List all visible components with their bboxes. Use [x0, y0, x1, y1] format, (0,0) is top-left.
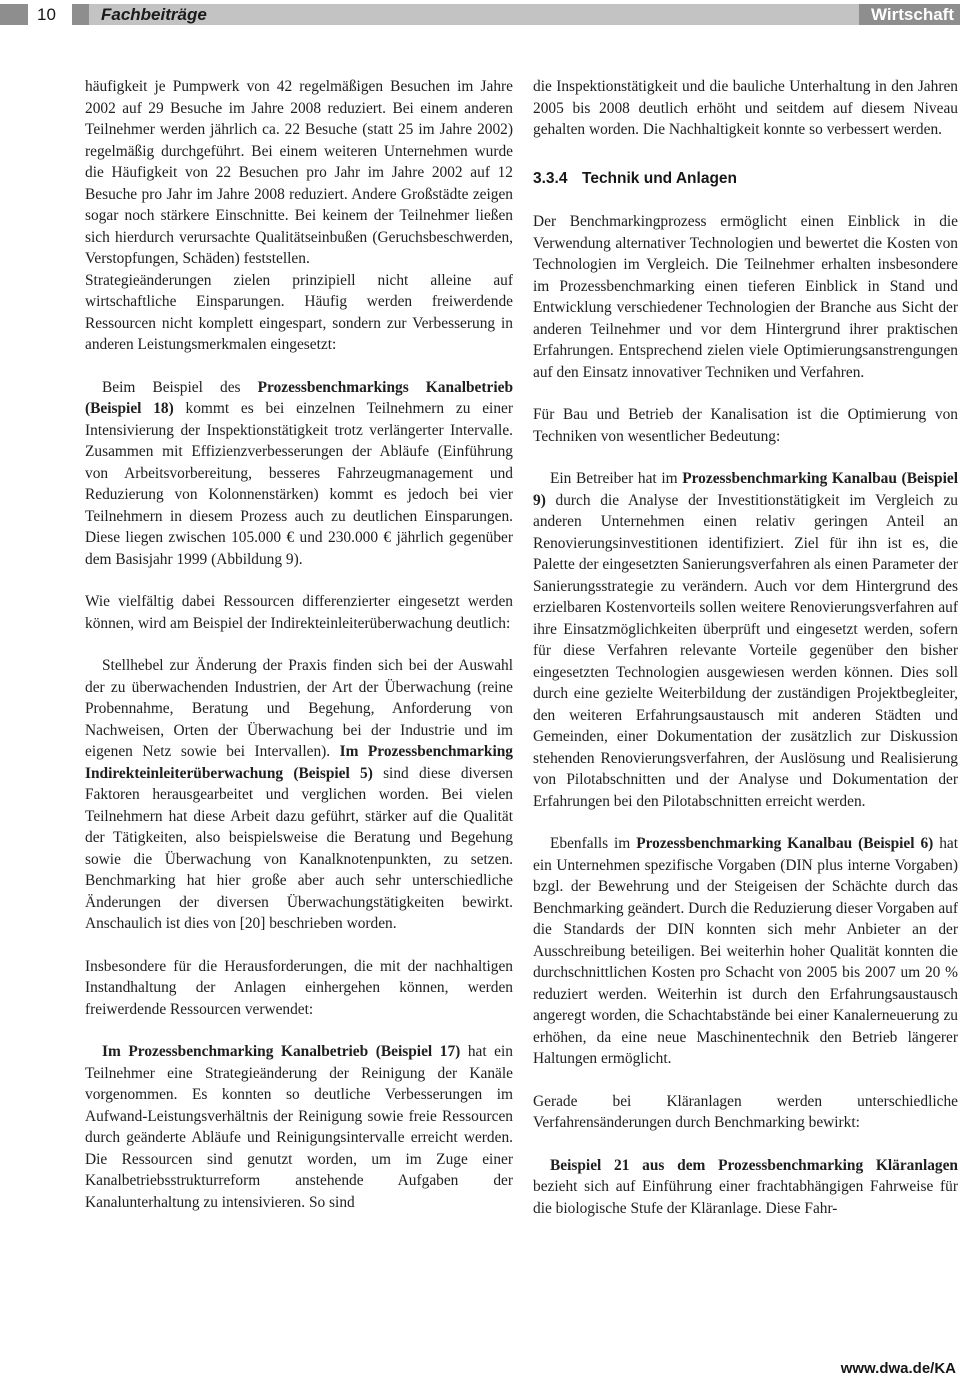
- journal-page: { "colors": { "dark-gray": "#8e8e8e", "l…: [0, 0, 960, 1386]
- paragraph: Beispiel 21 aus dem Prozessbenchmarking …: [533, 1155, 958, 1220]
- section-heading: 3.3.4Technik und Anlagen: [533, 168, 958, 190]
- page-number: 10: [37, 4, 56, 25]
- paragraph: Insbesondere für die Herausforderungen, …: [85, 956, 513, 1021]
- paragraph: häufigkeit je Pumpwerk von 42 regelmäßig…: [85, 76, 513, 270]
- paragraph: Ein Betreiber hat im Prozessbenchmarking…: [533, 468, 958, 812]
- footer-url: www.dwa.de/KA: [841, 1360, 956, 1377]
- article-column-left: häufigkeit je Pumpwerk von 42 regelmäßig…: [85, 76, 513, 1213]
- section-title: Technik und Anlagen: [582, 170, 737, 187]
- header-bar: Fachbeiträge Wirtschaft: [72, 4, 960, 25]
- article-column-right: die Inspektionstätigkeit und die baulich…: [533, 76, 958, 1219]
- header-category-label: Wirtschaft: [859, 4, 960, 25]
- paragraph: Beim Beispiel des Prozessbenchmarkings K…: [85, 377, 513, 571]
- paragraph: Der Benchmarkingprozess ermöglicht einen…: [533, 211, 958, 383]
- paragraph: Im Prozessbenchmarking Kanalbetrieb (Bei…: [85, 1041, 513, 1213]
- paragraph: Strategieänderungen zielen prinzipiell n…: [85, 270, 513, 356]
- paragraph: Gerade bei Kläranlagen werden unterschie…: [533, 1091, 958, 1134]
- section-number: 3.3.4: [533, 168, 582, 190]
- paragraph: Für Bau und Betrieb der Kanalisation ist…: [533, 404, 958, 447]
- paragraph: Wie vielfältig dabei Ressourcen differen…: [85, 591, 513, 634]
- paragraph: die Inspektionstätigkeit und die baulich…: [533, 76, 958, 141]
- paragraph: Stellhebel zur Änderung der Praxis finde…: [85, 655, 513, 935]
- header-left-square: [0, 4, 28, 25]
- header-section-label: Fachbeiträge: [101, 4, 207, 25]
- paragraph: Ebenfalls im Prozessbenchmarking Kanalba…: [533, 833, 958, 1070]
- header-bar-square: [72, 4, 89, 25]
